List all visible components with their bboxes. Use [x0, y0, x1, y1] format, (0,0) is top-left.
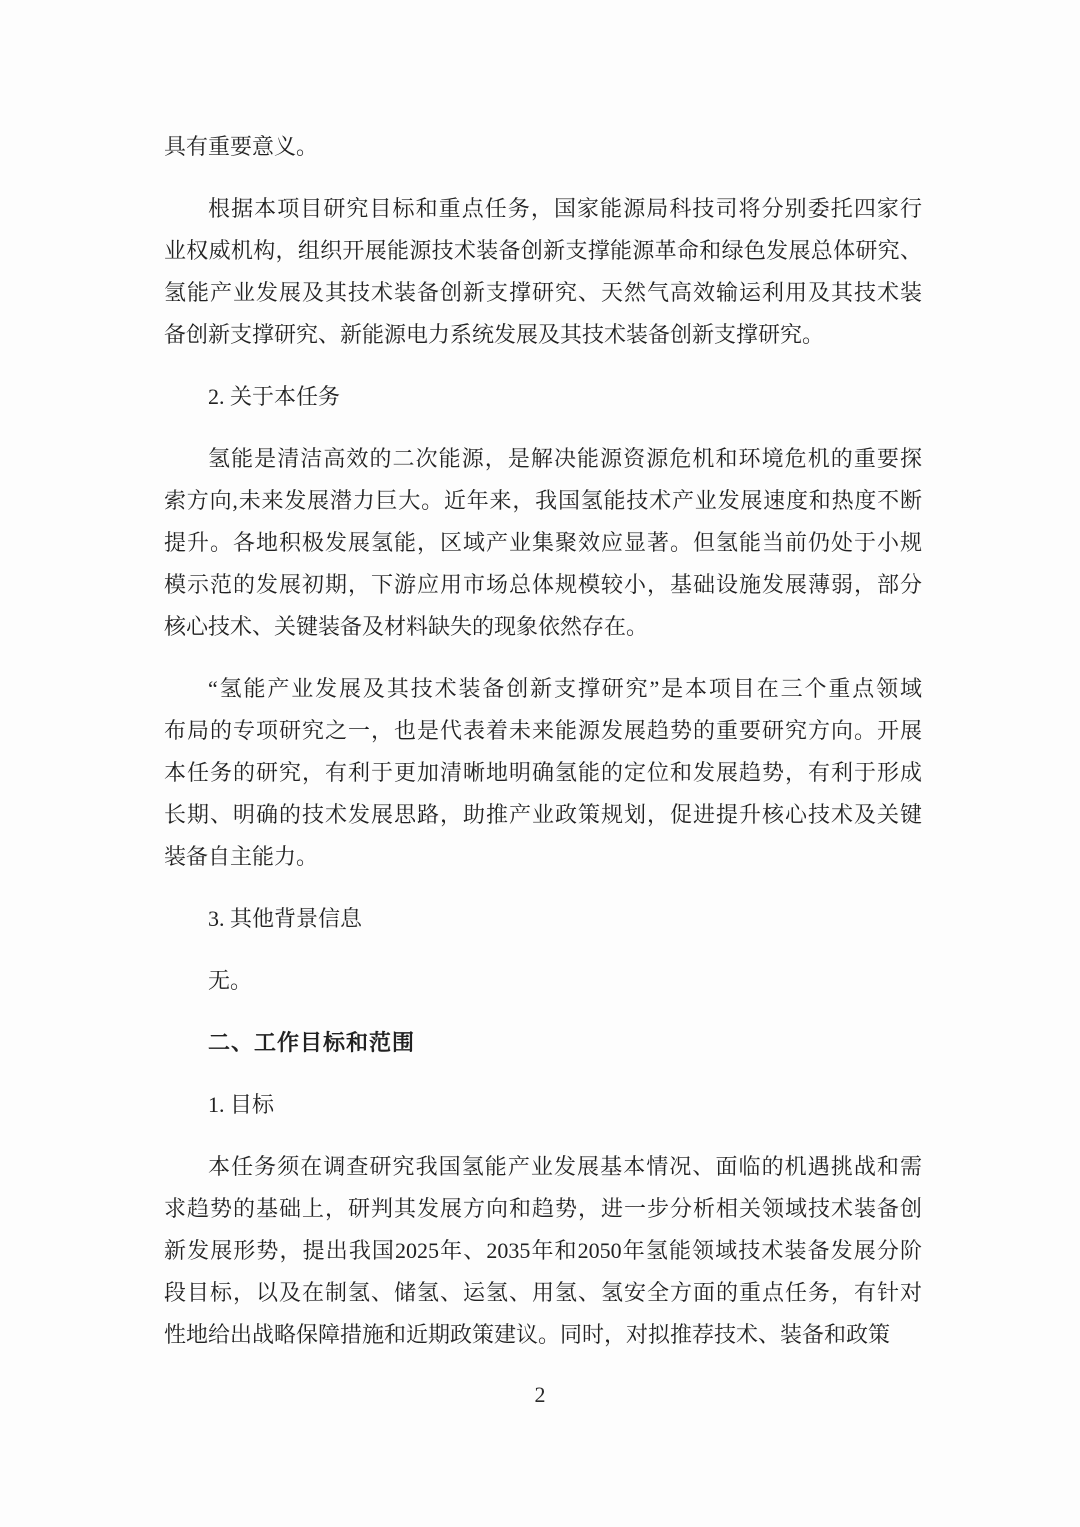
text-line: 氢能是清洁高效的二次能源，是解决能源资源危机和环境危机的重要探: [164, 438, 922, 480]
document-body: 具有重要意义。根据本项目研究目标和重点任务，国家能源局科技司将分别委托四家行业权…: [164, 126, 922, 1376]
text-line: 核心技术、关键装备及材料缺失的现象依然存在。: [164, 606, 922, 648]
text-line: 无。: [164, 960, 922, 1002]
text-line: 业权威机构，组织开展能源技术装备创新支撑能源革命和绿色发展总体研究、: [164, 230, 922, 272]
text-line: 具有重要意义。: [164, 126, 922, 168]
paragraph-body: 氢能是清洁高效的二次能源，是解决能源资源危机和环境危机的重要探索方向,未来发展潜…: [164, 438, 922, 648]
paragraph-numbered-subheading: 2. 关于本任务: [164, 376, 922, 418]
text-line: 长期、明确的技术发展思路，助推产业政策规划，促进提升核心技术及关键: [164, 794, 922, 836]
text-line: 模示范的发展初期，下游应用市场总体规模较小，基础设施发展薄弱，部分: [164, 564, 922, 606]
text-line: 性地给出战略保障措施和近期政策建议。同时，对拟推荐技术、装备和政策: [164, 1314, 922, 1356]
text-line: 2. 关于本任务: [164, 376, 922, 418]
paragraph-body: 根据本项目研究目标和重点任务，国家能源局科技司将分别委托四家行业权威机构，组织开…: [164, 188, 922, 356]
paragraph-body: 无。: [164, 960, 922, 1002]
text-line: “氢能产业发展及其技术装备创新支撑研究”是本项目在三个重点领域: [164, 668, 922, 710]
text-line: 布局的专项研究之一，也是代表着未来能源发展趋势的重要研究方向。开展: [164, 710, 922, 752]
text-line: 备创新支撑研究、新能源电力系统发展及其技术装备创新支撑研究。: [164, 314, 922, 356]
text-line: 本任务须在调查研究我国氢能产业发展基本情况、面临的机遇挑战和需: [164, 1146, 922, 1188]
text-line: 1. 目标: [164, 1084, 922, 1126]
text-line: 装备自主能力。: [164, 836, 922, 878]
text-line: 3. 其他背景信息: [164, 898, 922, 940]
paragraph-section-heading: 二、工作目标和范围: [164, 1022, 922, 1064]
text-line: 根据本项目研究目标和重点任务，国家能源局科技司将分别委托四家行: [164, 188, 922, 230]
page-footer: 2: [0, 1374, 1080, 1416]
paragraph-body: 本任务须在调查研究我国氢能产业发展基本情况、面临的机遇挑战和需求趋势的基础上，研…: [164, 1146, 922, 1356]
document-page: 具有重要意义。根据本项目研究目标和重点任务，国家能源局科技司将分别委托四家行业权…: [0, 0, 1080, 1527]
paragraph-numbered-subheading: 1. 目标: [164, 1084, 922, 1126]
page-number: 2: [535, 1382, 546, 1407]
text-line: 提升。各地积极发展氢能，区域产业集聚效应显著。但氢能当前仍处于小规: [164, 522, 922, 564]
text-line: 新发展形势，提出我国2025年、2035年和2050年氢能领域技术装备发展分阶: [164, 1230, 922, 1272]
text-line: 索方向,未来发展潜力巨大。近年来，我国氢能技术产业发展速度和热度不断: [164, 480, 922, 522]
text-line: 段目标，以及在制氢、储氢、运氢、用氢、氢安全方面的重点任务，有针对: [164, 1272, 922, 1314]
paragraph-numbered-subheading: 3. 其他背景信息: [164, 898, 922, 940]
text-line: 求趋势的基础上，研判其发展方向和趋势，进一步分析相关领域技术装备创: [164, 1188, 922, 1230]
text-line: 二、工作目标和范围: [164, 1022, 922, 1064]
paragraph-body-continuation: 具有重要意义。: [164, 126, 922, 168]
paragraph-body: “氢能产业发展及其技术装备创新支撑研究”是本项目在三个重点领域布局的专项研究之一…: [164, 668, 922, 878]
text-line: 氢能产业发展及其技术装备创新支撑研究、天然气高效输运利用及其技术装: [164, 272, 922, 314]
text-line: 本任务的研究，有利于更加清晰地明确氢能的定位和发展趋势，有利于形成: [164, 752, 922, 794]
